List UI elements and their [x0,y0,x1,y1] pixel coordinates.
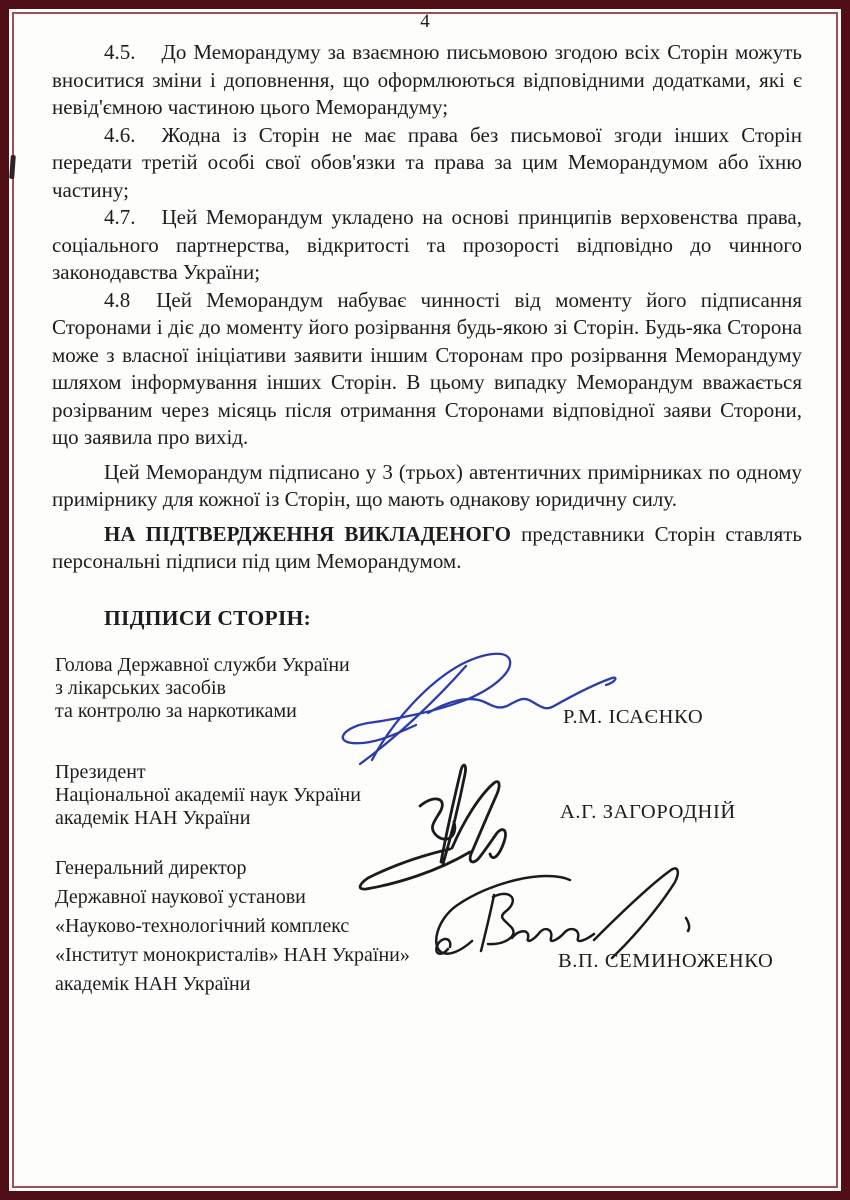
paragraph-4-8: 4.8Цей Меморандум набуває чинності від м… [52,287,802,452]
paragraph-4-7: 4.7.Цей Меморандум укладено на основі пр… [52,204,802,287]
page-number: 4 [9,11,841,33]
confirmation-lead: НА ПІДТВЕРДЖЕННЯ ВИКЛАДЕНОГО [104,522,511,546]
paragraph-4-6: 4.6.Жодна із Сторін не має права без пис… [52,122,802,205]
role-line: Національної академії наук України [55,784,361,807]
paragraph-confirmation: НА ПІДТВЕРДЖЕННЯ ВИКЛАДЕНОГО представник… [52,521,802,576]
clause-text: Цей Меморандум укладено на основі принци… [52,205,802,284]
signer-role-1: Голова Державної служби України з лікарс… [55,654,350,723]
role-line: «Інститут монокристалів» НАН України» [55,941,410,970]
clause-text: Цей Меморандум набуває чинності від моме… [52,288,802,450]
signer-name-2: А.Г. ЗАГОРОДНІЙ [560,801,736,824]
document-body: 4.5.До Меморандуму за взаємною письмовою… [52,39,802,632]
signature-ink-black-3 [436,868,689,958]
scanned-document-page: 4 4.5.До Меморандуму за взаємною письмов… [0,0,850,1200]
clause-text: До Меморандуму за взаємною письмовою зго… [52,40,802,119]
signatures-heading: ПІДПИСИ СТОРІН: [52,605,802,633]
signer-name-3: В.П. СЕМИНОЖЕНКО [558,950,773,973]
role-line: академік НАН України [55,970,410,999]
role-line: «Науково-технологічний комплекс [55,912,410,941]
signer-name-1: Р.М. ІСАЄНКО [563,706,703,729]
role-line: з лікарських засобів [55,677,350,700]
clause-number: 4.7. [104,205,136,229]
clause-number: 4.8 [104,288,130,312]
clause-number: 4.5. [104,40,136,64]
scan-artifact-mark [9,155,16,179]
paragraph-4-5: 4.5.До Меморандуму за взаємною письмовою… [52,39,802,122]
signer-role-3: Генеральний директор Державної наукової … [55,854,410,999]
role-line: Державної наукової установи [55,883,410,912]
clause-text: Жодна із Сторін не має права без письмов… [52,123,802,202]
role-line: Голова Державної служби України [55,654,350,677]
role-line: академік НАН України [55,807,361,830]
clause-number: 4.6. [104,123,136,147]
role-line: Президент [55,761,361,784]
signer-role-2: Президент Національної академії наук Укр… [55,761,361,830]
role-line: та контролю за наркотиками [55,700,350,723]
role-line: Генеральний директор [55,854,410,883]
paragraph-copies: Цей Меморандум підписано у 3 (трьох) авт… [52,459,802,514]
